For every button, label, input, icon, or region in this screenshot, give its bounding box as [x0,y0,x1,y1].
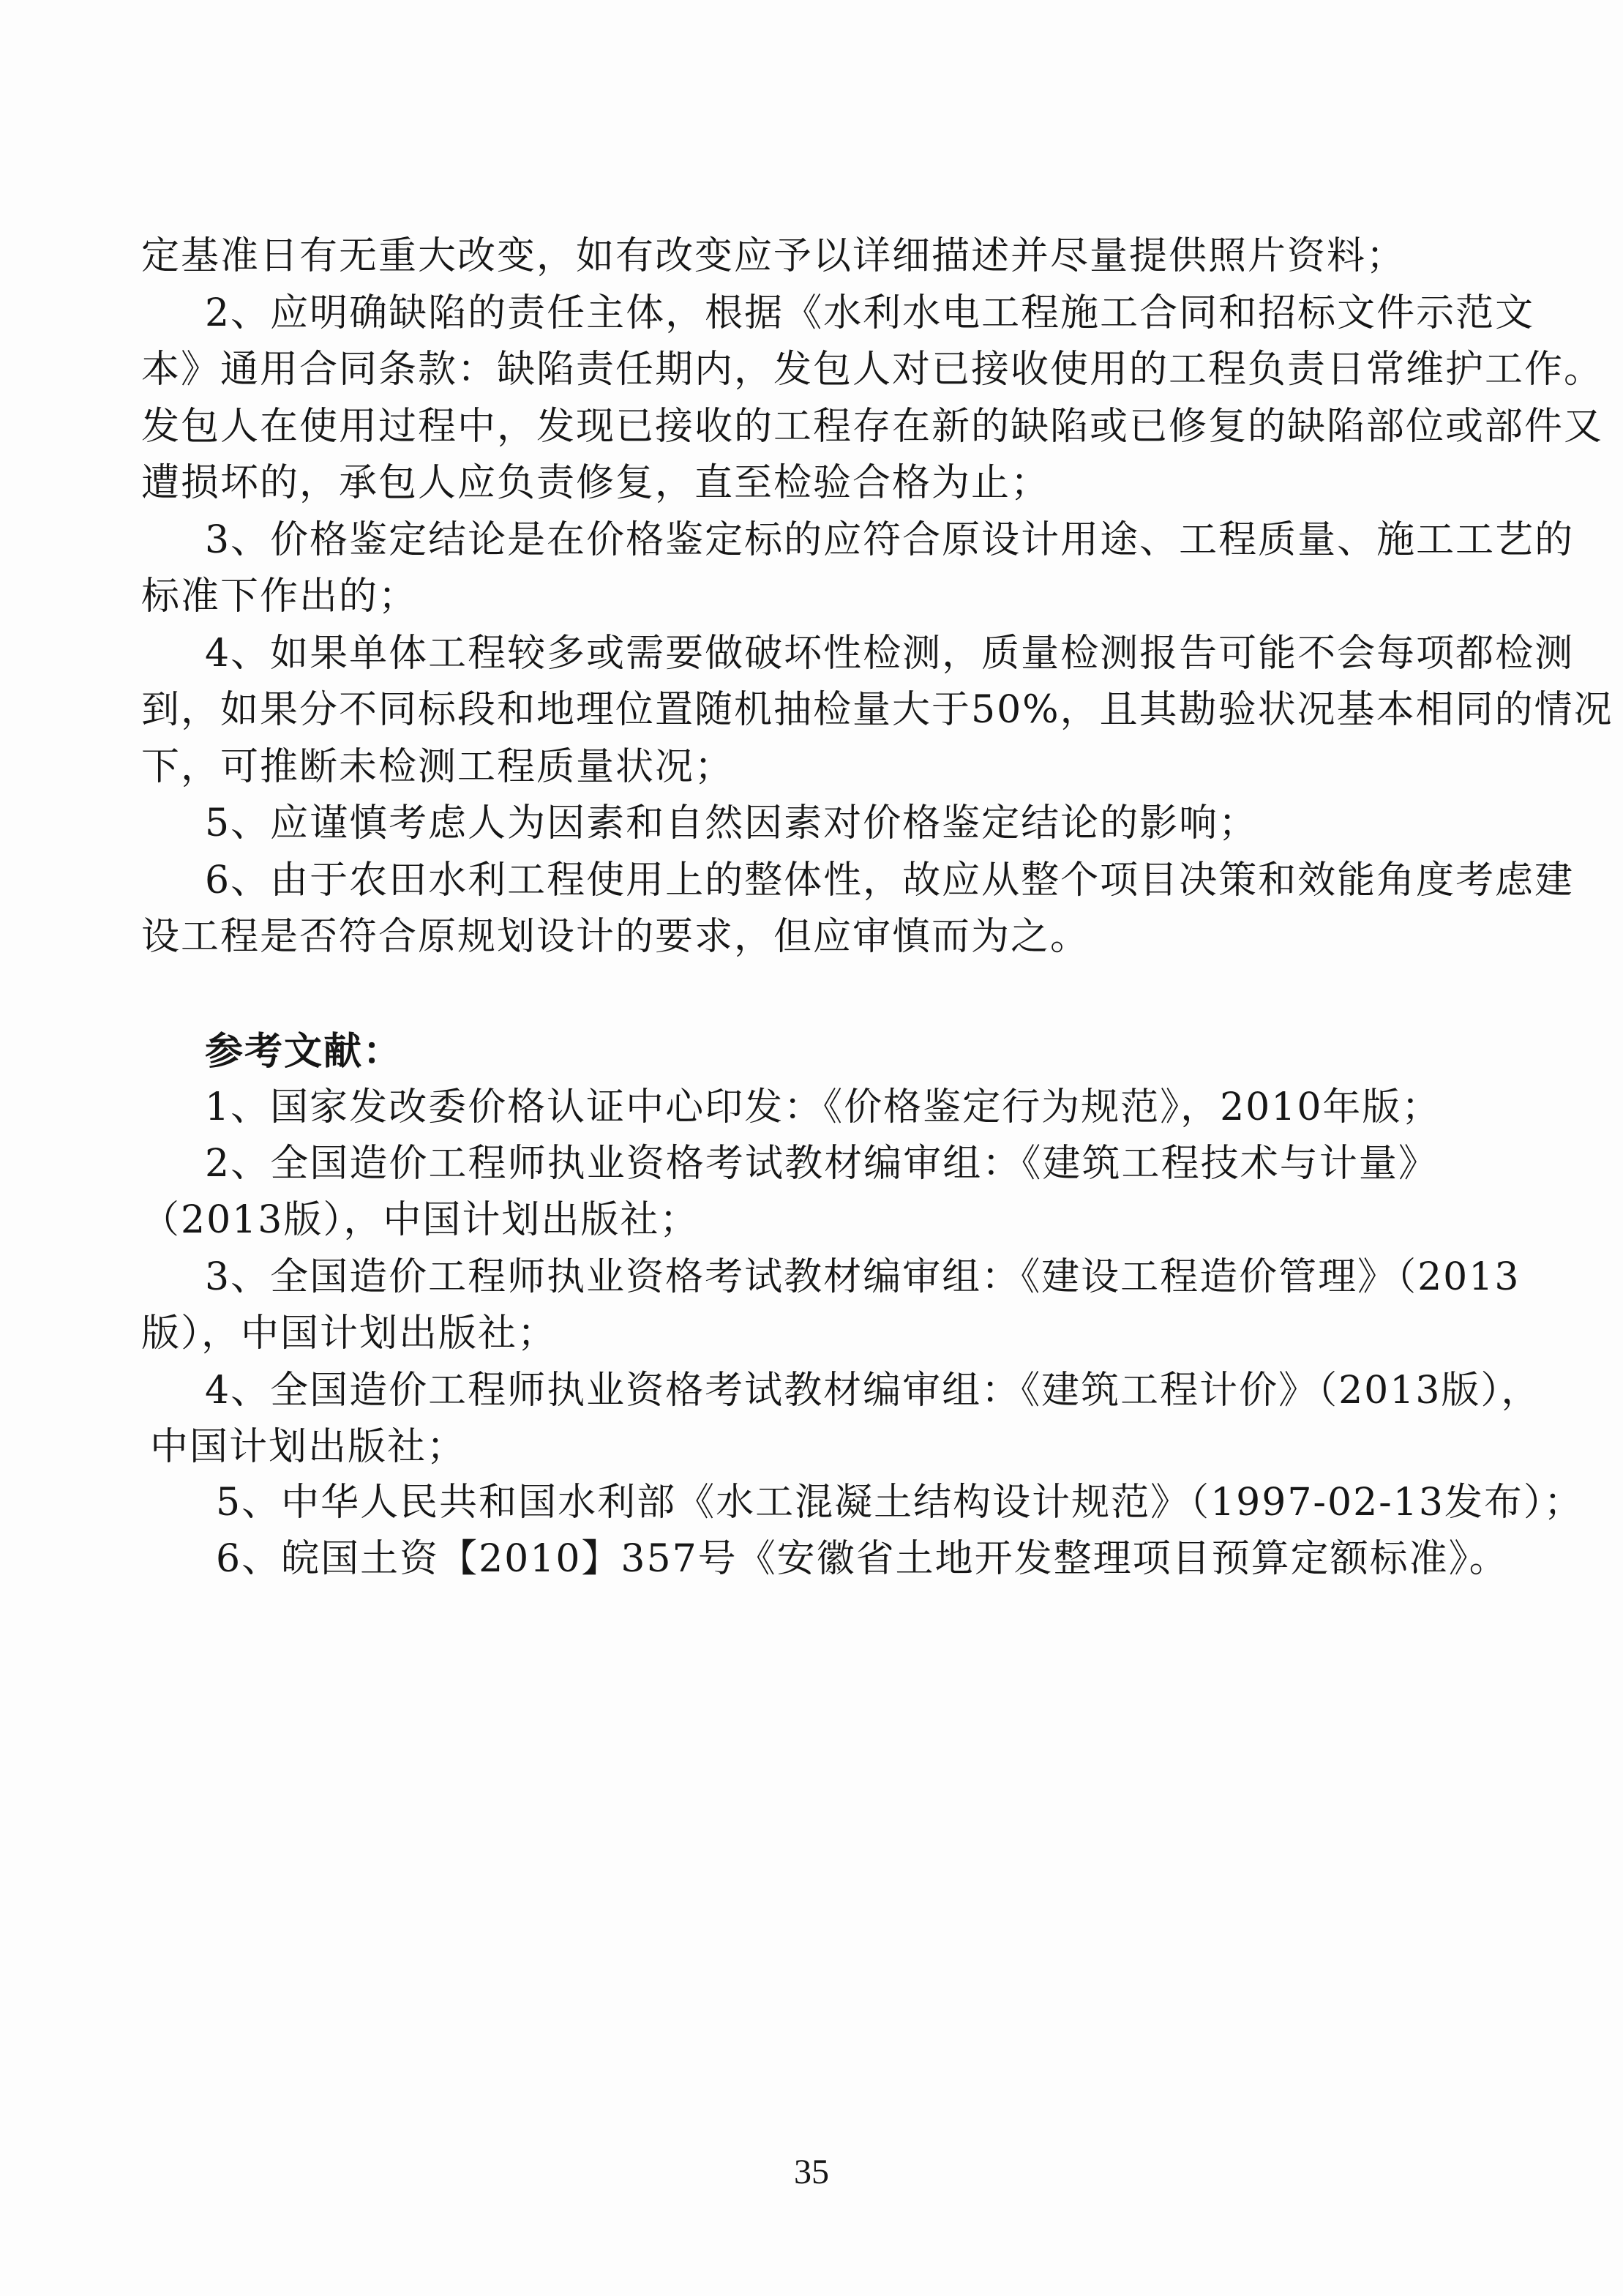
paragraph-2-line-3: 发包人在使用过程中，发现已接收的工程存在新的缺陷或已修复的缺陷部位或部件又 [141,405,1438,449]
paragraph-4-line-1: 4、如果单体工程较多或需要做破坏性检测，质量检测报告可能不会每项都检测 [205,632,1438,676]
paragraph-2-line-1: 2、应明确缺陷的责任主体，根据《水利水电工程施工合同和招标文件示范文 [205,291,1438,335]
paragraph-4-line-2: 到，如果分不同标段和地理位置随机抽检量大于50%，且其勘验状况基本相同的情况 [141,688,1438,732]
document-page: 定基准日有无重大改变，如有改变应予以详细描述并尽量提供照片资料； 2、应明确缺陷… [0,0,1623,2296]
reference-1-line-1: 1、国家发改委价格认证中心印发：《价格鉴定行为规范》，2010年版； [205,1085,1438,1129]
paragraph-3-line-2: 标准下作出的； [141,575,1438,618]
paragraph-6-line-1: 6、由于农田水利工程使用上的整体性，故应从整个项目决策和效能角度考虑建 [205,859,1438,902]
paragraph-continuation-line: 定基准日有无重大改变，如有改变应予以详细描述并尽量提供照片资料； [141,234,1438,278]
paragraph-4-line-3: 下，可推断未检测工程质量状况； [141,745,1438,789]
paragraph-2-line-4: 遭损坏的，承包人应负责修复，直至检验合格为止； [141,461,1438,505]
reference-5-line-1: 5、中华人民共和国水利部《水工混凝土结构设计规范》（1997-02-13发布）； [216,1481,1449,1525]
page-number: 35 [0,2152,1623,2193]
reference-2-line-1: 2、全国造价工程师执业资格考试教材编审组：《建筑工程技术与计量》 [205,1142,1438,1186]
paragraph-3-line-1: 3、价格鉴定结论是在价格鉴定标的应符合原设计用途、工程质量、施工工艺的 [205,518,1438,562]
reference-4-line-2: 中国计划出版社； [150,1425,1447,1469]
reference-2-line-2: （2013版），中国计划出版社； [141,1198,1438,1242]
reference-3-line-1: 3、全国造价工程师执业资格考试教材编审组：《建设工程造价管理》（2013 [205,1255,1438,1299]
reference-3-line-2: 版），中国计划出版社； [141,1312,1438,1355]
references-heading: 参考文献： [205,1030,1438,1074]
paragraph-5-line-1: 5、应谨慎考虑人为因素和自然因素对价格鉴定结论的影响； [205,801,1438,845]
reference-4-line-1: 4、全国造价工程师执业资格考试教材编审组：《建筑工程计价》（2013版）， [205,1369,1438,1413]
paragraph-6-line-2: 设工程是否符合原规划设计的要求，但应审慎而为之。 [141,915,1438,959]
reference-6-line-1: 6、皖国土资【2010】357号《安徽省土地开发整理项目预算定额标准》。 [216,1537,1449,1581]
paragraph-2-line-2: 本》通用合同条款：缺陷责任期内，发包人对已接收使用的工程负责日常维护工作。 [141,348,1438,392]
